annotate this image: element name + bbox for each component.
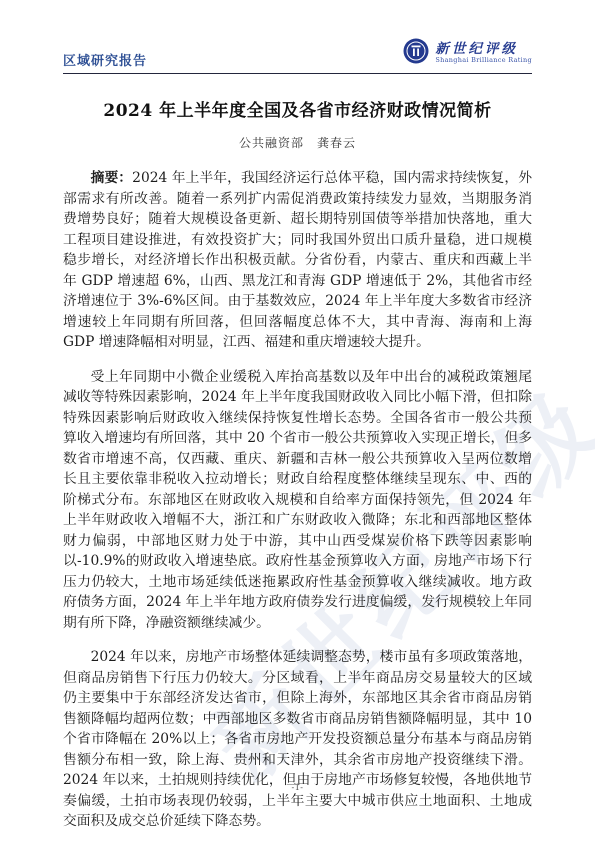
abstract-text: 2024 年上半年，我国经济运行总体平稳，国内需求持续恢复，外部需求有所改善。随… — [63, 170, 532, 350]
brand-name-en: Shanghai Brilliance Rating — [435, 57, 532, 64]
brand-name-cn: 新世纪评级 — [435, 42, 532, 57]
page-title: 2024 年上半年度全国及各省市经济财政情况简析 — [63, 96, 532, 121]
abstract-paragraph: 摘要：2024 年上半年，我国经济运行总体平稳，国内需求持续恢复，外部需求有所改… — [63, 168, 532, 353]
page-footer: -1- — [0, 775, 595, 794]
body-paragraph-real-estate: 2024 年以来，房地产市场整体延续调整态势，楼市虽有多项政策落地，但商品房销售… — [63, 647, 532, 832]
report-type-label: 区域研究报告 — [63, 50, 147, 70]
page-number: -1- — [292, 783, 304, 792]
body-paragraph-fiscal: 受上年同期中小微企业缓税入库抬高基数以及年中出台的减税政策翘尾减收等特殊因素影响… — [63, 367, 532, 634]
report-page: 新世纪评级 区域研究报告 新世纪评级 Shanghai Brilliance R… — [0, 0, 595, 841]
page-header: 区域研究报告 新世纪评级 Shanghai Brilliance Rating — [63, 36, 532, 74]
brand-logo: 新世纪评级 Shanghai Brilliance Rating — [403, 38, 532, 70]
abstract-label: 摘要： — [91, 170, 133, 186]
brand-logo-icon — [403, 38, 429, 68]
report-body: 摘要：2024 年上半年，我国经济运行总体平稳，国内需求持续恢复，外部需求有所改… — [63, 168, 532, 832]
byline: 公共融资部 龚春云 — [63, 134, 532, 151]
brand-logo-text: 新世纪评级 Shanghai Brilliance Rating — [435, 42, 532, 64]
